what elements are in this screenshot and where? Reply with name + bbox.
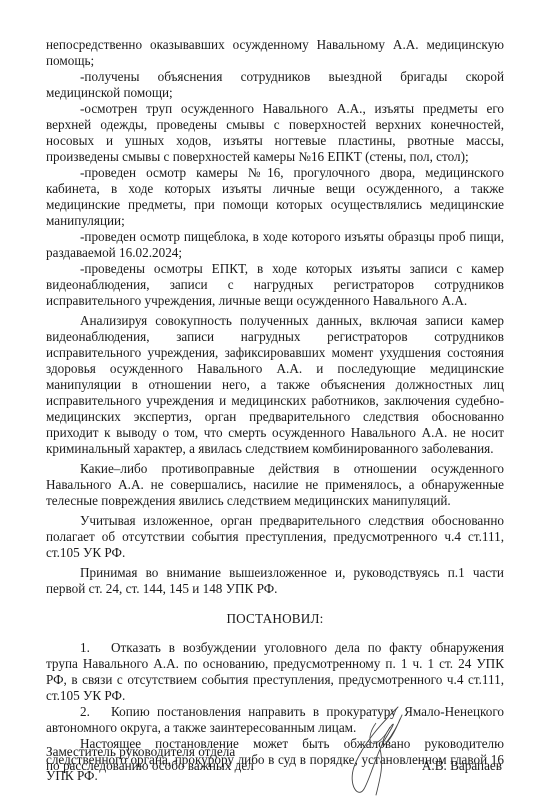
paragraph: -проведен осмотр камеры №16, прогулочног…	[46, 165, 504, 229]
item-text: Отказать в возбуждении уголовного дела п…	[46, 640, 504, 703]
paragraph: Анализируя совокупность полученных данны…	[46, 313, 504, 457]
resolution-item: 1.Отказать в возбуждении уголовного дела…	[46, 640, 504, 704]
item-text: Копию постановления направить в прокурат…	[46, 704, 504, 735]
resolution-item: 2.Копию постановления направить в прокур…	[46, 704, 504, 736]
paragraph: Учитывая изложенное, орган предварительн…	[46, 513, 504, 561]
item-number: 2.	[80, 704, 111, 720]
document-body: непосредственно оказывавших осужденному …	[46, 37, 504, 784]
signatory-position: Заместитель руководителя отдела по рассл…	[46, 745, 254, 773]
item-number: 1.	[80, 640, 111, 656]
paragraph: -получены объяснения сотрудников выездно…	[46, 69, 504, 101]
handwritten-signature-icon	[340, 705, 430, 800]
paragraph: -проведены осмотры ЕПКТ, в ходе которых …	[46, 261, 504, 309]
paragraph: Принимая во внимание вышеизложенное и, р…	[46, 565, 504, 597]
paragraph: -осмотрен труп осужденного Навального А.…	[46, 101, 504, 165]
position-line: по расследованию особо важных дел	[46, 759, 254, 773]
document-page: непосредственно оказывавших осужденному …	[0, 0, 549, 800]
paragraph: Какие–либо противоправные действия в отн…	[46, 461, 504, 509]
resolution-title: ПОСТАНОВИЛ:	[46, 611, 504, 627]
signatory-name: А.В. Варапаев	[422, 759, 502, 773]
paragraph: непосредственно оказывавших осужденному …	[46, 37, 504, 69]
position-line: Заместитель руководителя отдела	[46, 745, 254, 759]
paragraph: -проведен осмотр пищеблока, в ходе котор…	[46, 229, 504, 261]
